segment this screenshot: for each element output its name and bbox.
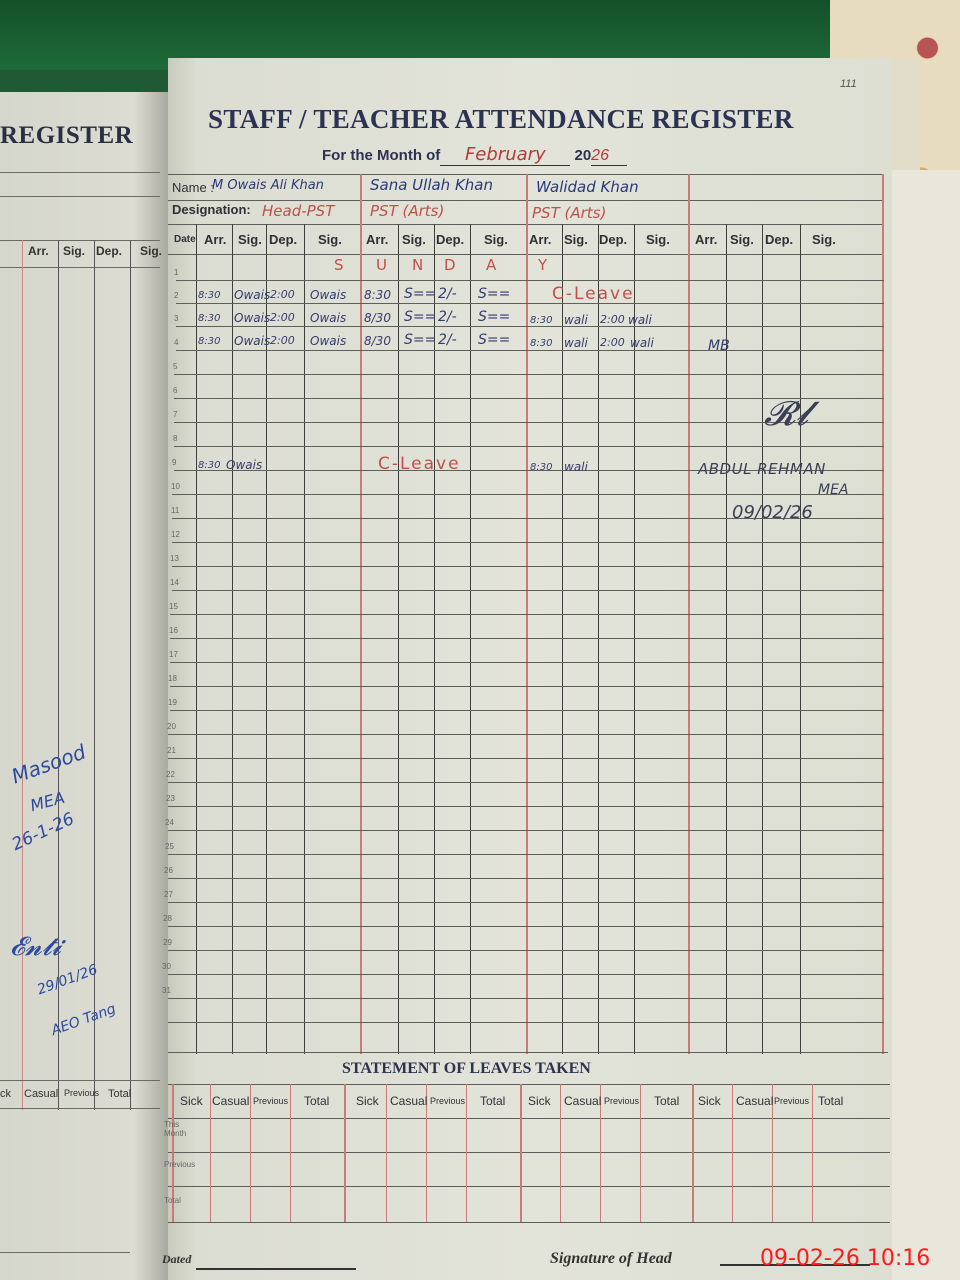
day-number: 14 [170, 578, 180, 587]
row-line [168, 830, 884, 831]
day-number: 19 [168, 698, 178, 707]
signature-scribble: 𝓡𝓵 [764, 394, 809, 434]
day-number: 12 [171, 530, 181, 539]
row-line [168, 902, 884, 903]
entry-arr: 8/30 [364, 311, 391, 325]
entry-sig: wali [564, 460, 588, 474]
leave-col-casual: Casual [24, 1088, 58, 1100]
divider [344, 1084, 346, 1222]
entry-sig: Owais [234, 334, 270, 348]
col-arr: Arr. [28, 244, 49, 258]
divider [0, 1080, 160, 1081]
entry-arr: 8:30 [530, 315, 552, 326]
row-line [170, 710, 884, 711]
dated-label: Dated [162, 1252, 191, 1267]
row-line [176, 280, 884, 281]
leaves-section-title: STATEMENT OF LEAVES TAKEN [342, 1060, 591, 1078]
row-line [168, 806, 884, 807]
sunday-letter: U [376, 256, 387, 274]
col-arr: Arr. [204, 232, 226, 247]
divider [562, 224, 563, 1054]
entry-dep: 2:00 [270, 334, 295, 347]
day-number: 24 [165, 818, 175, 827]
day-number: 4 [174, 338, 184, 347]
leave-col-total: Total [654, 1094, 679, 1108]
leave-col-casual: Casual [736, 1094, 773, 1108]
row-line [168, 1022, 884, 1023]
entry-dep: 2/- [438, 309, 457, 325]
day-number: 25 [165, 842, 175, 851]
entry-dep: 2:00 [270, 288, 295, 301]
day-number: 9 [172, 458, 182, 467]
day-number: 5 [173, 362, 183, 371]
sunday-letter: Y [538, 256, 547, 274]
day-number: 3 [174, 314, 184, 323]
col-sig2: Sig. [140, 244, 162, 258]
sunday-letter: N [412, 256, 423, 274]
left-page-title: REGISTER [0, 122, 133, 150]
divider [762, 224, 763, 1054]
initials-mark: MB [708, 338, 730, 354]
divider [0, 172, 160, 173]
row-line [168, 1052, 888, 1053]
entry-sig: S== [404, 286, 436, 302]
staff-designation: PST (Arts) [532, 204, 606, 222]
leave-row-label: Previous [164, 1160, 195, 1169]
divider [0, 196, 160, 197]
col-dep: Dep. [269, 232, 297, 247]
entry-sig2: wali [630, 336, 654, 350]
day-number: 23 [166, 794, 176, 803]
row-line [170, 662, 884, 663]
day-number: 16 [169, 626, 179, 635]
col-sig2: Sig. [646, 232, 670, 247]
row-line [172, 494, 884, 495]
day-number: 13 [170, 554, 180, 563]
divider [470, 224, 471, 1054]
row-line [168, 734, 884, 735]
leave-col-previous: Previous [604, 1096, 639, 1106]
entry-arr: 8:30 [530, 338, 552, 349]
leave-col-previous: Previous [430, 1096, 465, 1106]
row-line [168, 950, 884, 951]
divider [692, 1084, 694, 1222]
divider [94, 240, 95, 1110]
entry-arr: 8:30 [198, 290, 220, 301]
day-number: 29 [163, 938, 173, 947]
col-sig: Sig. [402, 232, 426, 247]
divider [520, 1084, 522, 1222]
col-sig: Sig. [564, 232, 588, 247]
entry-dep: 2:00 [600, 313, 625, 326]
row-line [170, 686, 884, 687]
entry-arr: 8:30 [198, 336, 220, 347]
handwritten-date: 26-1-26 [9, 809, 78, 855]
handwritten-date: 29/01/26 [35, 962, 100, 999]
sunday-letter: A [486, 256, 496, 274]
leave-row-label: Total [164, 1196, 181, 1205]
day-number: 22 [166, 770, 176, 779]
leave-col-sick: Sick [356, 1094, 379, 1108]
leave-col-casual: Casual [212, 1094, 249, 1108]
divider [812, 1084, 813, 1222]
entry-dep: 2/- [438, 286, 457, 302]
divider [0, 240, 160, 241]
leave-col-total: Total [818, 1094, 843, 1108]
signature-scribble: 𝓔𝓷𝓽𝓲 [10, 932, 61, 963]
row-line [172, 542, 884, 543]
leave-col-previous: Previous [774, 1096, 809, 1106]
divider [196, 224, 197, 1054]
row-line [174, 446, 884, 447]
entry-arr: 8/30 [364, 334, 391, 348]
entry-arr: 8:30 [198, 313, 220, 324]
col-arr: Arr. [529, 232, 551, 247]
entry-sig2: wali [628, 313, 652, 327]
divider [168, 1186, 890, 1187]
divider [22, 240, 23, 1110]
entry-arr: 8:30 [364, 288, 391, 302]
entry-arr: 8:30 [530, 462, 552, 473]
divider [168, 1084, 890, 1085]
row-line [168, 926, 884, 927]
day-number: 6 [173, 386, 183, 395]
left-page: REGISTER Arr. Sig. Dep. Sig. Masood MEA … [0, 92, 168, 1280]
row-line [170, 638, 884, 639]
divider [0, 267, 160, 268]
leave-col-total: Total [304, 1094, 329, 1108]
divider [732, 1084, 733, 1222]
leave-col-casual: Casual [564, 1094, 601, 1108]
leave-col: ck [0, 1088, 11, 1100]
divider [266, 224, 267, 1054]
col-dep: Dep. [436, 232, 464, 247]
entry-arr: 8:30 [198, 460, 220, 471]
divider [168, 1152, 890, 1153]
staff-designation: PST (Arts) [370, 202, 444, 220]
divider [232, 224, 233, 1054]
divider [130, 240, 131, 1110]
entry-sig2: Owais [310, 288, 346, 302]
row-line [168, 998, 884, 999]
col-sig: Sig. [238, 232, 262, 247]
day-number: 18 [168, 674, 178, 683]
row-line [172, 590, 884, 591]
entry-sig2: S== [478, 286, 510, 302]
staff-name: Sana Ullah Khan [370, 176, 493, 194]
divider [598, 224, 599, 1054]
leave-col-casual: Casual [390, 1094, 427, 1108]
divider [210, 1084, 211, 1222]
entry-sig: S== [404, 309, 436, 325]
signature-of-head-label: Signature of Head [550, 1250, 672, 1268]
day-number: 26 [164, 866, 174, 875]
handwritten-title: AEO Tang [49, 1001, 118, 1039]
dated-line [196, 1268, 356, 1270]
entry-sig: wali [564, 336, 588, 350]
row-line [176, 350, 884, 351]
divider [0, 1252, 130, 1253]
entry-sig2: S== [478, 332, 510, 348]
entry-sig: S== [404, 332, 436, 348]
divider [250, 1084, 251, 1222]
day-number: 8 [173, 434, 183, 443]
sunday-letter: D [444, 256, 456, 274]
register-page: 111 STAFF / TEACHER ATTENDANCE REGISTER … [168, 58, 892, 1280]
day-number: 17 [169, 650, 179, 659]
leave-col-previous: Previous [253, 1096, 288, 1106]
col-dep: Dep. [96, 244, 122, 258]
inspector-name: ABDUL REHMAN [698, 460, 826, 478]
entry-sig: Owais [234, 288, 270, 302]
divider [434, 224, 435, 1054]
entry-sig: Owais [226, 458, 262, 472]
designation-label: Designation: [172, 202, 251, 217]
row-line [176, 303, 884, 304]
casual-leave-note: C-Leave [378, 454, 461, 474]
day-number: 20 [167, 722, 177, 731]
day-number: 27 [164, 890, 174, 899]
entry-dep: 2:00 [270, 311, 295, 324]
day-number: 30 [162, 962, 172, 971]
casual-leave-note: C-Leave [552, 284, 635, 304]
entry-sig2: Owais [310, 311, 346, 325]
leave-col-sick: Sick [180, 1094, 203, 1108]
divider [800, 224, 801, 1054]
leave-col-total: Total [480, 1094, 505, 1108]
name-label: Name : [172, 180, 214, 195]
divider [0, 1108, 160, 1109]
col-sig: Sig. [730, 232, 754, 247]
sunday-letter: S [334, 256, 344, 274]
row-line [174, 374, 884, 375]
row-line [168, 854, 884, 855]
leave-row-label: This Month [164, 1120, 174, 1138]
day-number: 1 [174, 268, 184, 277]
col-sig2: Sig. [318, 232, 342, 247]
row-line [172, 566, 884, 567]
col-sig: Sig. [63, 244, 85, 258]
divider [290, 1084, 291, 1222]
col-sig2: Sig. [484, 232, 508, 247]
day-number: 28 [163, 914, 173, 923]
day-number: 2 [174, 291, 184, 300]
divider [168, 1118, 890, 1119]
entry-sig: Owais [234, 311, 270, 325]
col-sig2: Sig. [812, 232, 836, 247]
leave-col-total: Total [108, 1088, 131, 1100]
staff-name: Walidad Khan [536, 178, 639, 196]
entry-sig: wali [564, 313, 588, 327]
divider [386, 1084, 387, 1222]
leave-col-sick: Sick [698, 1094, 721, 1108]
divider [466, 1084, 467, 1222]
row-line [170, 614, 884, 615]
row-line [168, 782, 884, 783]
day-number: 10 [171, 482, 181, 491]
handwritten-title: MEA [28, 788, 67, 815]
day-number: 21 [167, 746, 177, 755]
divider [398, 224, 399, 1054]
col-dep: Dep. [599, 232, 627, 247]
handwritten-signature: Masood [8, 740, 89, 789]
entry-sig2: S== [478, 309, 510, 325]
inspection-date: 09/02/26 [732, 502, 813, 523]
entry-dep: 2/- [438, 332, 457, 348]
row-line [168, 878, 884, 879]
divider [168, 1222, 890, 1223]
row-line [168, 758, 884, 759]
date-label: Date [174, 234, 196, 245]
day-number: 11 [171, 506, 181, 515]
col-arr: Arr. [695, 232, 717, 247]
row-line [176, 326, 884, 327]
divider [560, 1084, 561, 1222]
day-number: 31 [162, 986, 172, 995]
col-dep: Dep. [765, 232, 793, 247]
staff-designation: Head-PST [262, 202, 334, 220]
entry-sig2: Owais [310, 334, 346, 348]
staff-name: M Owais Ali Khan [212, 178, 324, 193]
divider [640, 1084, 641, 1222]
divider [304, 224, 305, 1054]
col-arr: Arr. [366, 232, 388, 247]
day-number: 7 [173, 410, 183, 419]
inspector-title: MEA [818, 482, 849, 498]
leave-col-previous: Previous [64, 1088, 99, 1098]
row-line [168, 974, 884, 975]
underlying-page [880, 170, 960, 1280]
camera-timestamp: 09-02-26 10:16 [760, 1246, 930, 1271]
leave-col-sick: Sick [528, 1094, 551, 1108]
day-number: 15 [169, 602, 179, 611]
entry-dep: 2:00 [600, 336, 625, 349]
